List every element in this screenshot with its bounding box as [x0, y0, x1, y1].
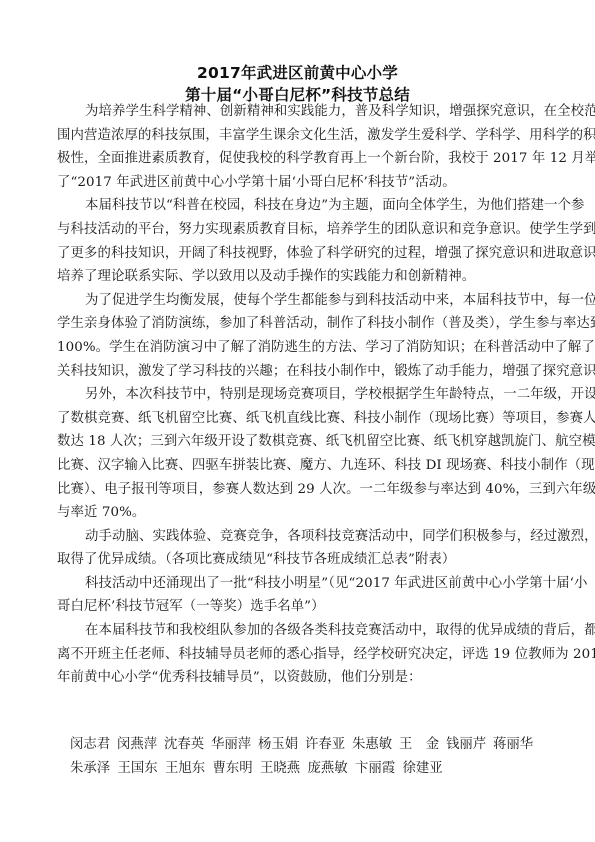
text-line: 取得了优异成绩。（各项比赛成绩见“科技节各班成绩汇总表”附表） [57, 548, 539, 572]
text-line: 为培养学生科学精神、创新精神和实践能力，普及科学知识，增强探究意识，在全校范 [57, 100, 539, 124]
teacher-name: 许春亚 [305, 733, 352, 757]
teacher-name: 卞丽霞 [355, 757, 403, 781]
text-line: 本届科技节以“科普在校园，科技在身边”为主题，面向全体学生，为他们搭建一个参 [57, 194, 539, 218]
teacher-name: 曹东明 [213, 757, 261, 781]
teacher-names-list: 闵志君 闵燕萍 沈春英 华丽萍 杨玉娟 许春亚 朱惠敏 王 金 钱丽芹 蒋丽华 … [70, 733, 540, 780]
text-line: 科技活动中还涌现出了一批“科技小明星”（见“2017 年武进区前黄中心小学第十届… [57, 572, 539, 596]
text-line: 关科技知识，激发了学习科技的兴趣；在科技小制作中，锻炼了动手能力，增强了探究意识… [57, 360, 539, 384]
text-line: 了“2017 年武进区前黄中心小学第十届‘小哥白尼杯’科技节”活动。 [57, 171, 539, 195]
text-line: 围内营造浓厚的科技氛围，丰富学生课余文化生活，激发学生爱科学、学科学、用科学的积 [57, 124, 539, 148]
paragraph-theme: 本届科技节以“科普在校园，科技在身边”为主题，面向全体学生，为他们搭建一个参 与… [57, 194, 539, 288]
text-line: 年前黄中心小学“优秀科技辅导员”，以资鼓励，他们分别是： [57, 666, 539, 690]
teacher-names-row-1: 闵志君 闵燕萍 沈春英 华丽萍 杨玉娟 许春亚 朱惠敏 王 金 钱丽芹 蒋丽华 [70, 733, 540, 757]
text-line: 培养了理论联系实际、学以致用以及动手操作的实践能力和创新精神。 [57, 265, 539, 289]
text-line: 与率近 70%。 [57, 501, 539, 525]
teacher-name: 王国东 [118, 757, 166, 781]
text-line: 离不开班主任老师、科技辅导员老师的悉心指导，经学校研究决定，评选 19 位教师为… [57, 643, 539, 667]
teacher-name: 王 金 [399, 733, 446, 757]
teacher-name: 蒋丽华 [493, 733, 540, 757]
text-line: 为了促进学生均衡发展，使每个学生都能参与到科技活动中来，本届科技节中，每一位 [57, 289, 539, 313]
teacher-name: 朱惠敏 [352, 733, 399, 757]
paragraph-competitions: 另外，本次科技节中，特别是现场竞赛项目，学校根据学生年龄特点，一二年级，开设 了… [57, 383, 539, 525]
paragraph-stars: 科技活动中还涌现出了一批“科技小明星”（见“2017 年武进区前黄中心小学第十届… [57, 572, 539, 619]
teacher-name: 杨玉娟 [258, 733, 305, 757]
text-line: 哥白尼杯’科技节冠军（一等奖）选手名单”） [57, 595, 539, 619]
text-line: 了更多的科技知识，开阔了科技视野，体验了科学研究的过程，增强了探究意识和进取意识… [57, 242, 539, 266]
paragraph-intro: 为培养学生科学精神、创新精神和实践能力，普及科学知识，增强探究意识，在全校范 围… [57, 100, 539, 194]
text-line: 极性，全面推进素质教育，促使我校的科学教育再上一个新台阶，我校于 2017 年 … [57, 147, 539, 171]
text-line: 比赛）、电子报刊等项目，参赛人数达到 29 人次。一二年级参与率达到 40%，三… [57, 478, 539, 502]
text-line: 在本届科技节和我校组队参加的各级各类科技竞赛活动中，取得的优异成绩的背后，都 [57, 619, 539, 643]
text-line: 100%。学生在消防演习中了解了消防逃生的方法、学习了消防知识；在科普活动中了解… [57, 336, 539, 360]
teacher-name: 沈春英 [164, 733, 211, 757]
teacher-name: 朱承泽 [70, 757, 118, 781]
document-body: 为培养学生科学精神、创新精神和实践能力，普及科学知识，增强探究意识，在全校范 围… [57, 100, 539, 690]
text-line: 比赛、汉字输入比赛、四驱车拼装比赛、魔方、九连环、科技 DI 现场赛、科技小制作… [57, 454, 539, 478]
paragraph-participation: 为了促进学生均衡发展，使每个学生都能参与到科技活动中来，本届科技节中，每一位 学… [57, 289, 539, 383]
text-line: 数达 18 人次；三到六年级开设了数棋竞赛、纸飞机留空比赛、纸飞机穿越凯旋门、航… [57, 430, 539, 454]
document-page: 2017年武进区前黄中心小学 第十届“小哥白尼杯”科技节总结 为培养学生科学精神… [0, 0, 595, 842]
paragraph-teachers: 在本届科技节和我校组队参加的各级各类科技竞赛活动中，取得的优异成绩的背后，都 离… [57, 619, 539, 690]
text-line: 另外，本次科技节中，特别是现场竞赛项目，学校根据学生年龄特点，一二年级，开设 [57, 383, 539, 407]
teacher-name: 闵燕萍 [117, 733, 164, 757]
teacher-name: 钱丽芹 [446, 733, 493, 757]
teacher-names-row-2: 朱承泽 王国东 王旭东 曹东明 王晓燕 庞燕敏 卞丽霞 徐建亚 [70, 757, 540, 781]
teacher-name: 王晓燕 [260, 757, 308, 781]
teacher-name: 庞燕敏 [308, 757, 356, 781]
document-title-line1: 2017年武进区前黄中心小学 [0, 61, 595, 83]
text-line: 学生亲身体验了消防演练，参加了科普活动，制作了科技小制作（普及类），学生参与率达… [57, 312, 539, 336]
teacher-name: 闵志君 [70, 733, 117, 757]
teacher-name: 徐建亚 [403, 757, 451, 781]
text-line: 与科技活动的平台，努力实现素质教育目标，培养学生的团队意识和竞争意识。使学生学到 [57, 218, 539, 242]
teacher-name: 华丽萍 [211, 733, 258, 757]
text-line: 动手动脑、实践体验、竞赛竞争，各项科技竞赛活动中，同学们积极参与，经过激烈， [57, 525, 539, 549]
teacher-name: 王旭东 [165, 757, 213, 781]
text-line: 了数棋竞赛、纸飞机留空比赛、纸飞机直线比赛、科技小制作（现场比赛）等项目，参赛人 [57, 407, 539, 431]
paragraph-results: 动手动脑、实践体验、竞赛竞争，各项科技竞赛活动中，同学们积极参与，经过激烈， 取… [57, 525, 539, 572]
